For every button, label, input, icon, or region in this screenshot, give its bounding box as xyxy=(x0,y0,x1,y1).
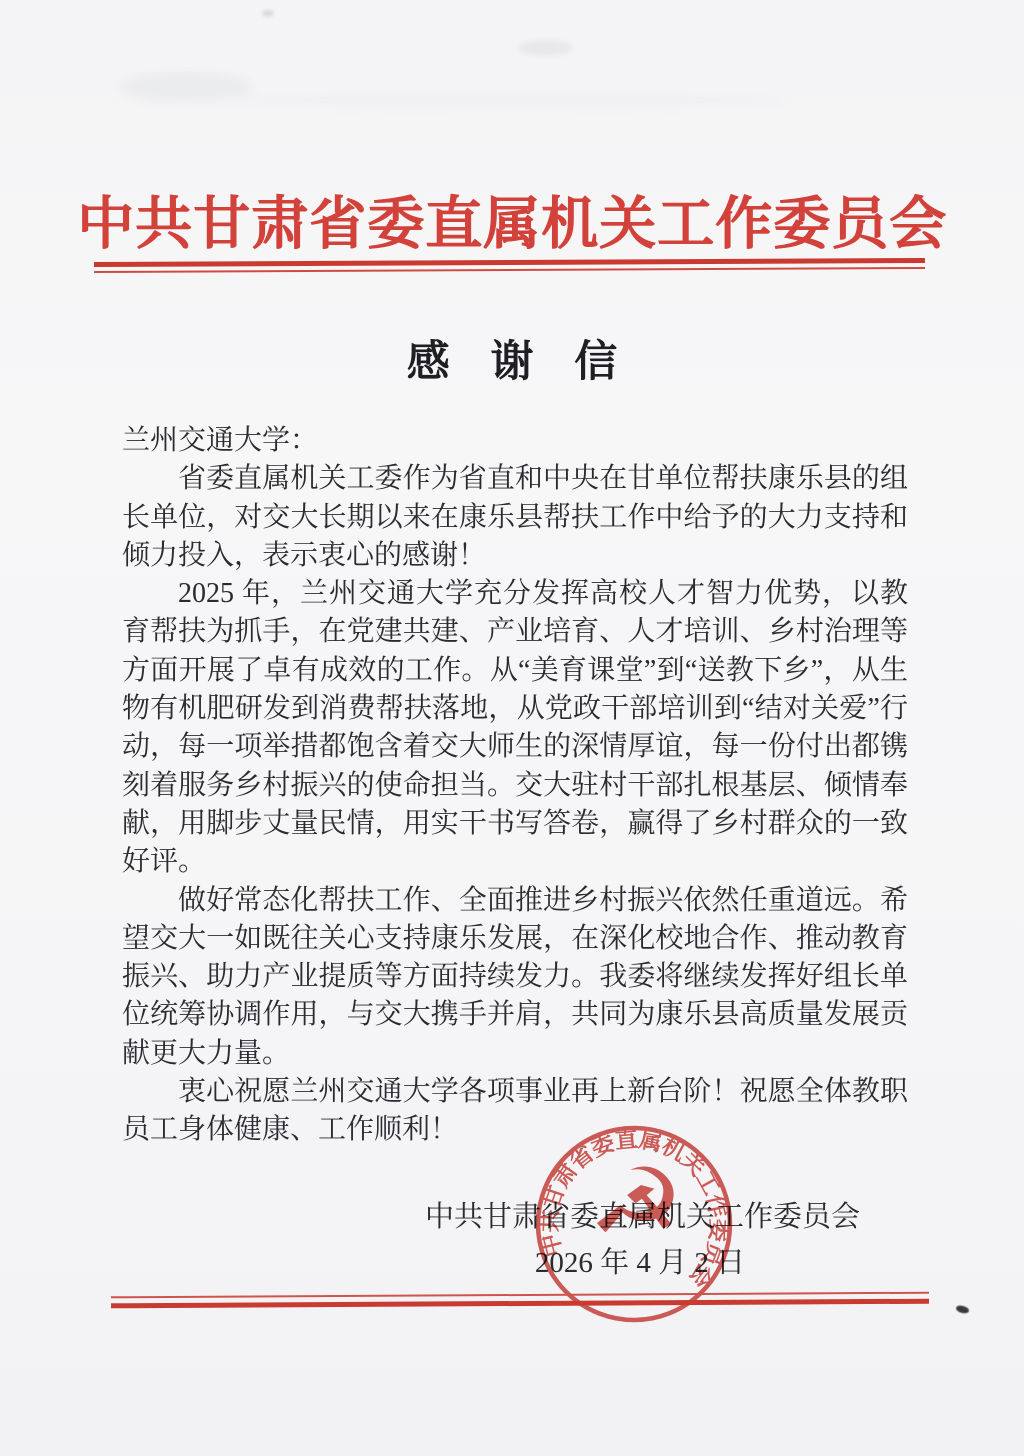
document-title: 感 谢 信 xyxy=(0,328,1024,389)
paragraph-4: 衷心祝愿兰州交通大学各项事业再上新台阶！祝愿全体教职员工身体健康、工作顺利！ xyxy=(122,1073,908,1150)
scan-smudge xyxy=(118,72,253,102)
scan-speck xyxy=(955,1304,970,1315)
paragraph-1: 省委直属机关工委作为省直和中央在甘单位帮扶康乐县的组长单位，对交大长期以来在康乐… xyxy=(122,460,908,575)
scanned-letter-page: 中共甘肃省委直属机关工作委员会 感 谢 信 兰州交通大学： 省委直属机关工委作为… xyxy=(0,0,1024,1456)
paragraph-2: 2025 年，兰州交通大学充分发挥高校人才智力优势，以教育帮扶为抓手，在党建共建… xyxy=(122,575,908,881)
scan-smudge xyxy=(518,40,573,56)
letterhead-title: 中共甘肃省委直属机关工作委员会 xyxy=(0,178,1024,260)
scan-smudge xyxy=(262,10,274,17)
letter-body: 兰州交通大学： 省委直属机关工委作为省直和中央在甘单位帮扶康乐县的组长单位，对交… xyxy=(122,422,908,1150)
footer-divider xyxy=(111,1292,929,1309)
paragraph-3: 做好常态化帮扶工作、全面推进乡村振兴依然任重道远。希望交大一如既往关心支持康乐发… xyxy=(122,882,908,1073)
scan-smudge xyxy=(230,92,790,108)
salutation: 兰州交通大学： xyxy=(122,422,908,460)
letterhead-divider xyxy=(94,258,925,273)
